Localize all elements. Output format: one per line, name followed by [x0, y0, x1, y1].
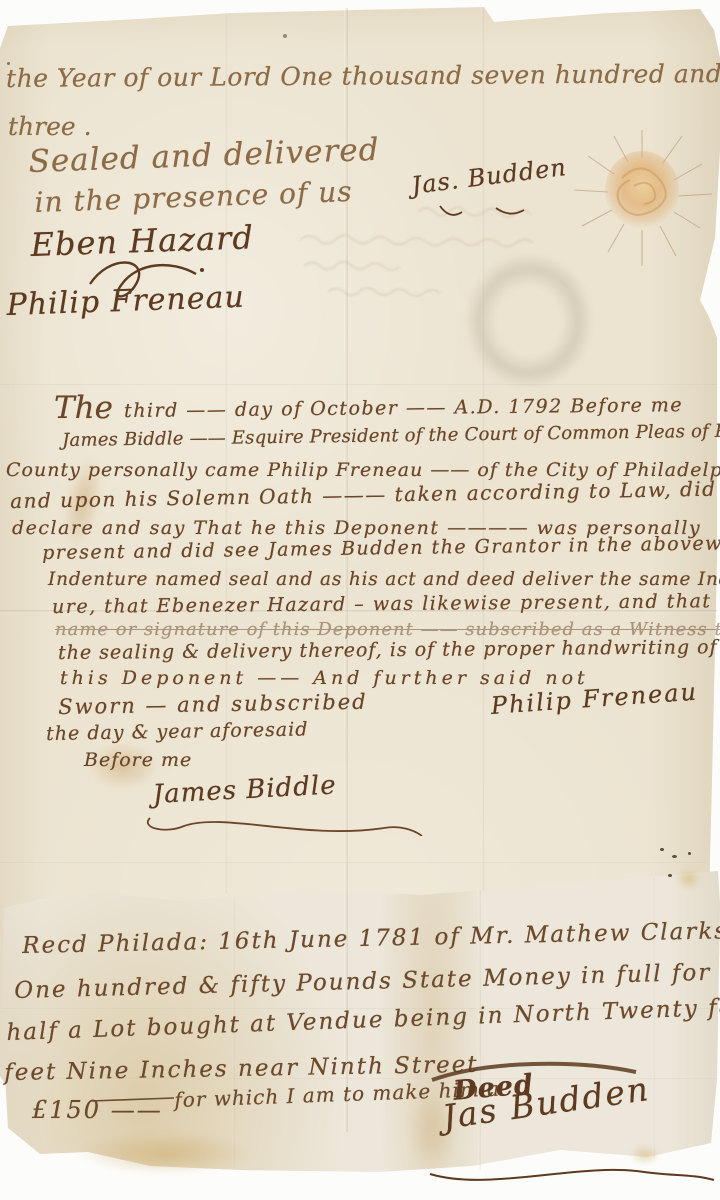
photographed-manuscript-document: the Year of our Lord One thousand seven … — [0, 0, 720, 1200]
